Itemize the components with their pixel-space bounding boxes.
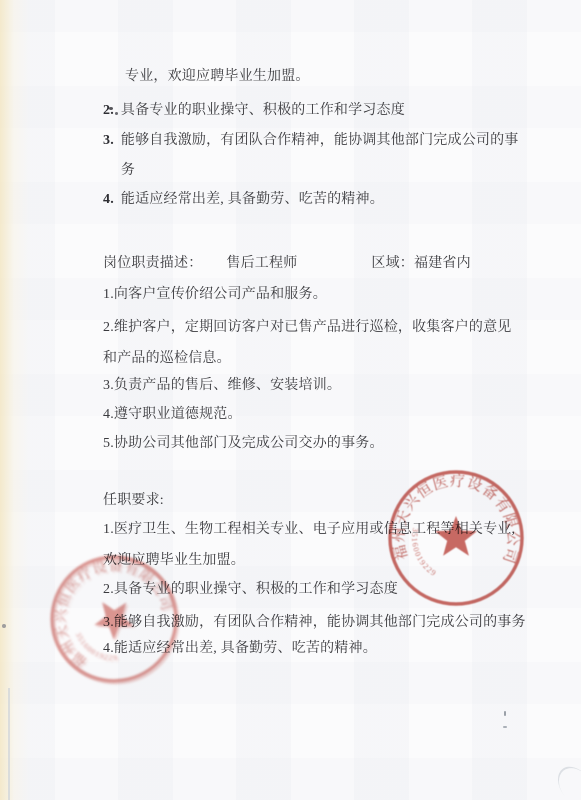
scan-speck: [2, 624, 6, 628]
job-duty-heading-label: 岗位职责描述：: [103, 249, 202, 279]
list-number: 3.: [103, 126, 114, 186]
list-number: 4.: [103, 185, 114, 215]
list-item: 4. 能适应经常出差, 具备勤劳、吃苦的精神。: [103, 185, 533, 215]
list-text: 能够自我激励，有团队合作精神，能协调其他部门完成公司的事务: [121, 126, 523, 186]
list-item: 3. 能够自我激励，有团队合作精神，能协调其他部门完成公司的事务: [103, 126, 533, 186]
paragraph-continuation: 专业，欢迎应聘毕业生加盟。: [125, 62, 425, 92]
duty-item: 1.向客户宣传价绍公司产品和服务。: [103, 280, 524, 310]
scan-speck: [503, 726, 507, 728]
scan-speck: [504, 711, 506, 716]
scan-edge-line: [8, 688, 10, 800]
document-body: 专业，欢迎应聘毕业生加盟。 2. 具备专业的职业操守、积极的工作和学习态度 3.…: [0, 0, 581, 800]
requirement-item: 4.能适应经常出差, 具备勤劳、吃苦的精神。: [103, 634, 549, 664]
duty-item: 3.负责产品的售后、维修、安装培训。: [103, 371, 549, 401]
list-number: 2.: [103, 96, 114, 126]
scanned-document-page: 专业，欢迎应聘毕业生加盟。 2. 具备专业的职业操守、积极的工作和学习态度 3.…: [0, 0, 581, 800]
region-text: 区域：福建省内: [371, 249, 470, 279]
job-duty-heading-row: 岗位职责描述： 售后工程师 区域：福建省内: [103, 249, 471, 279]
duty-item: 5.协助公司其他部门及完成公司交办的事务。: [103, 429, 549, 459]
list-item: 2. 具备专业的职业操守、积极的工作和学习态度: [103, 96, 533, 126]
list-text: 具备专业的职业操守、积极的工作和学习态度: [121, 96, 533, 126]
duty-item: 2.维护客户，定期回访客户对已售产品进行巡检，收集客户的意见和产品的巡检信息。: [103, 312, 524, 374]
requirements-heading: 任职要求:: [103, 486, 303, 516]
requirement-item: 1.医疗卫生、生物工程相关专业、电子应用或信息工程等相关专业, 欢迎应聘毕业生加…: [103, 514, 524, 576]
requirement-item: 2.具备专业的职业操守、积极的工作和学习态度: [103, 575, 549, 605]
scan-speck: [109, 107, 113, 110]
duty-item: 4.遵守职业道德规范。: [103, 400, 549, 430]
scan-speck: [115, 112, 118, 115]
job-title-value: 售后工程师: [226, 249, 297, 279]
list-text: 能适应经常出差, 具备勤劳、吃苦的精神。: [121, 185, 533, 215]
